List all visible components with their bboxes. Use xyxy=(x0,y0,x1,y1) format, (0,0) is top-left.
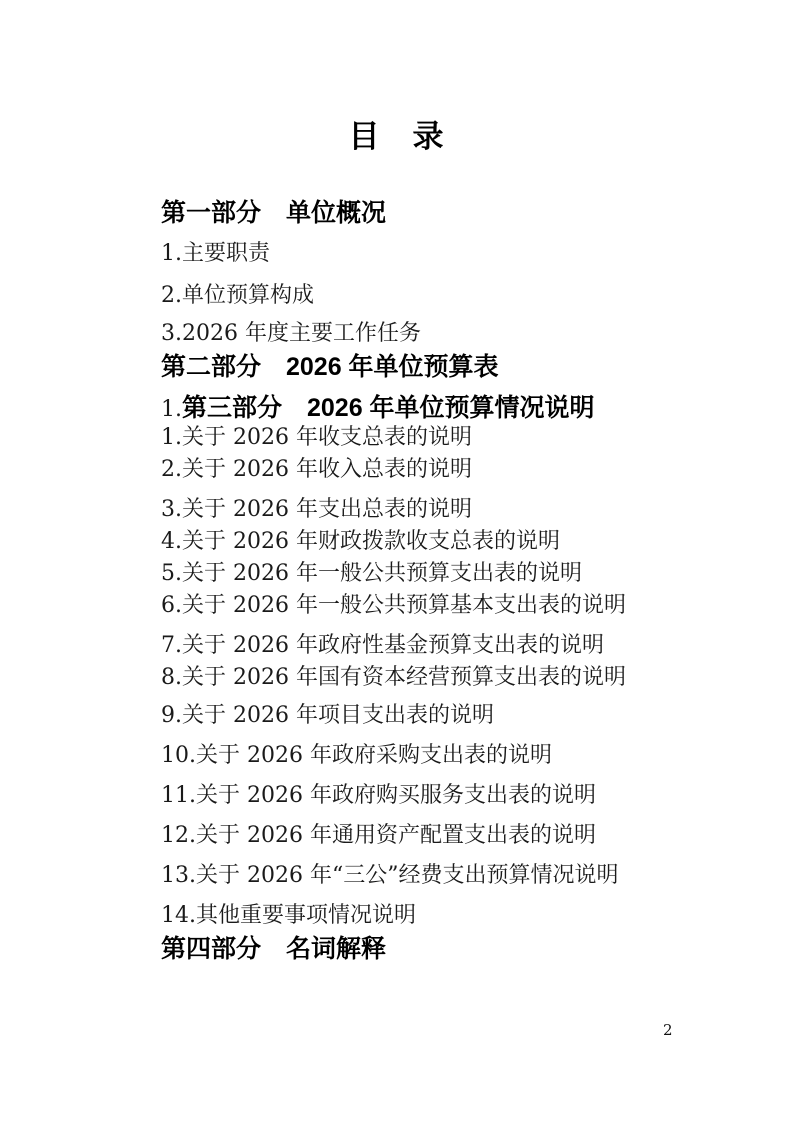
toc-item: 3.2026 年度主要工作任务 xyxy=(161,320,643,352)
toc-item: 14.其他重要事项情况说明 xyxy=(161,902,643,934)
toc-item: 5.关于 2026 年一般公共预算支出表的说明 xyxy=(161,560,643,592)
toc-item: 3.关于 2026 年支出总表的说明 xyxy=(161,496,643,528)
toc-item: 2.关于 2026 年收入总表的说明 xyxy=(161,456,643,496)
toc-heading-part4: 第四部分 名词解释 xyxy=(161,934,643,974)
toc-heading-part2: 第二部分 2026 年单位预算表 xyxy=(161,352,643,388)
toc-item: 4.关于 2026 年财政拨款收支总表的说明 xyxy=(161,528,643,560)
document-page: 目 录 第一部分 单位概况 1.主要职责 2.单位预算构成 3.2026 年度主… xyxy=(0,0,793,1122)
toc-item: 2.单位预算构成 xyxy=(161,282,643,320)
toc-item: 9.关于 2026 年项目支出表的说明 xyxy=(161,702,643,742)
toc-item: 6.关于 2026 年一般公共预算基本支出表的说明 xyxy=(161,592,643,632)
toc-item: 8.关于 2026 年国有资本经营预算支出表的说明 xyxy=(161,664,643,702)
page-title: 目 录 xyxy=(0,118,793,156)
table-of-contents: 第一部分 单位概况 1.主要职责 2.单位预算构成 3.2026 年度主要工作任… xyxy=(161,198,643,974)
toc-heading-text: 第三部分 2026 年单位预算情况说明 xyxy=(182,394,595,422)
toc-heading-part1: 第一部分 单位概况 xyxy=(161,198,643,240)
toc-item: 1.关于 2026 年收支总表的说明 xyxy=(161,424,643,456)
toc-heading-part3: 1.第三部分 2026 年单位预算情况说明 xyxy=(161,388,643,424)
toc-item: 10.关于 2026 年政府采购支出表的说明 xyxy=(161,742,643,782)
toc-item: 12.关于 2026 年通用资产配置支出表的说明 xyxy=(161,822,643,862)
page-number: 2 xyxy=(663,1021,673,1039)
toc-item: 7.关于 2026 年政府性基金预算支出表的说明 xyxy=(161,632,643,664)
toc-item: 1.主要职责 xyxy=(161,240,643,282)
toc-item: 11.关于 2026 年政府购买服务支出表的说明 xyxy=(161,782,643,822)
toc-item: 13.关于 2026 年“三公”经费支出预算情况说明 xyxy=(161,862,643,902)
toc-heading-number: 1. xyxy=(161,397,182,422)
